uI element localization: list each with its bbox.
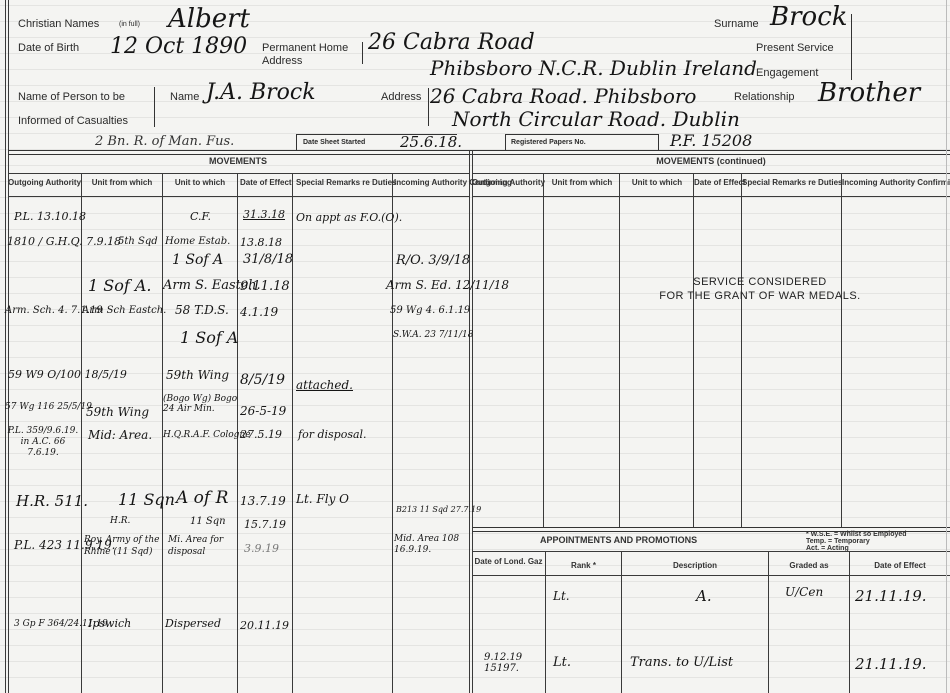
center-divider <box>469 150 470 693</box>
cell-to: H.Q.R.A.F. Cologne <box>163 430 251 440</box>
cell-remarks: for disposal. <box>298 428 367 441</box>
legend-temp: Temp. = Temporary <box>806 538 907 545</box>
cell-to: Mi. Area for disposal <box>168 534 238 558</box>
cell-date: 21.11.19. <box>855 655 927 673</box>
cell-to: Dispersed <box>165 617 221 630</box>
cell-date: 27.5.19 <box>240 428 282 441</box>
left-border <box>5 0 6 693</box>
permanent-home-label: Permanent Home <box>262 42 348 54</box>
rank-abbreviations-legend: * W.S.E. = Whilst so Employed Temp. = Te… <box>806 531 907 552</box>
column-divider <box>768 551 769 693</box>
cell-date: 3.9.19 <box>244 542 279 555</box>
cell-incoming: 59 Wg 4. 6.1.19 <box>390 305 470 316</box>
cell-from: Mid: Area. <box>88 428 152 442</box>
date-of-birth-value: 12 Oct 1890 <box>110 34 247 59</box>
cell-outgoing: 59 W9 O/100 18/5/19 <box>8 368 127 381</box>
christian-names-value: Albert <box>168 4 250 34</box>
cell-from: H.R. <box>110 516 130 526</box>
date-of-birth-label: Date of Birth <box>18 42 79 54</box>
col-date-of-effect: Date of Effect <box>850 561 950 570</box>
brace <box>851 14 852 80</box>
cell-from: 1 Sof A. <box>88 276 152 295</box>
col-graded-as: Graded as <box>769 561 849 570</box>
col-special-remarks: Special Remarks re Duties <box>742 178 841 187</box>
cell-outgoing: P.L. 359/9.6.19. in A.C. 66 7.6.19. <box>5 426 81 459</box>
cell-to: (Bogo Wg) Bogo 24 Air Min. <box>163 394 238 414</box>
col-date-of-effect: Date of Effect <box>240 178 290 187</box>
col-special-remarks: Special Remarks re Duties <box>296 178 390 187</box>
stamp-line-2: FOR THE GRANT OF WAR MEDALS. <box>640 289 880 303</box>
nok-address-line1: 26 Cabra Road. Phibsboro <box>430 84 696 108</box>
cell-incoming: S.W.A. 23 7/11/18 <box>393 330 473 340</box>
cell-to: 1 Sof A <box>172 252 223 268</box>
nok-address-label: Address <box>381 91 421 103</box>
cell-date: 31/8/18 <box>243 252 293 267</box>
cell-incoming: Mid. Area 108 16.9.19. <box>394 534 470 556</box>
cell-date: 8/5/19 <box>240 372 285 388</box>
margin-note: 2 Bn. R. of Man. Fus. <box>95 134 234 149</box>
surname-value: Brock <box>770 2 848 32</box>
brace <box>153 87 155 127</box>
nok-address-line2: North Circular Road. Dublin <box>452 107 740 131</box>
permanent-home-address-label: Address <box>262 55 302 67</box>
page-edge <box>946 0 947 693</box>
col-unit-to: Unit to which <box>166 178 234 187</box>
cell-date: 13.7.19 <box>240 494 286 508</box>
col-date-lond-gaz: Date of Lond. Gaz <box>472 557 545 566</box>
column-divider <box>392 173 393 693</box>
left-border-inner <box>8 0 9 693</box>
present-service-label: Present Service <box>756 42 834 54</box>
legend-wse: * W.S.E. = Whilst so Employed <box>806 531 907 538</box>
christian-names-note: (in full) <box>119 21 140 28</box>
service-record-sheet: Christian Names (in full) Albert Surname… <box>0 0 950 693</box>
cell-incoming: R/O. 3/9/18 <box>396 253 470 268</box>
cell-incoming: B213 11 Sqd 27.7.19 <box>396 505 481 514</box>
column-divider <box>849 551 850 693</box>
cell-to: C.F. <box>190 210 211 223</box>
cell-date: 20.11.19 <box>240 619 289 632</box>
registered-papers-label: Registered Papers No. <box>511 139 586 146</box>
date-sheet-started-label: Date Sheet Started <box>303 139 365 146</box>
nok-name-label: Name <box>170 91 199 103</box>
cell-to: A of R <box>176 488 228 508</box>
col-unit-from: Unit from which <box>545 178 619 187</box>
next-of-kin-label-1: Name of Person to be <box>18 91 125 103</box>
relationship-label: Relationship <box>734 91 795 103</box>
column-divider <box>545 551 546 693</box>
nok-name-value: J.A. Brock <box>206 80 316 105</box>
next-of-kin-label-2: Informed of Casualties <box>18 115 128 127</box>
column-divider <box>81 173 82 693</box>
col-outgoing-authority: Outgoing Authority <box>472 178 543 187</box>
cell-outgoing: P.L. 13.10.18 <box>14 210 86 223</box>
cell-to: 11 Sqn <box>190 516 226 527</box>
date-sheet-started-value: 25.6.18. <box>400 133 462 151</box>
col-incoming-authority: Incoming Authority Confirming <box>394 178 469 187</box>
christian-names-label: Christian Names <box>18 18 99 30</box>
permanent-home-line1: 26 Cabra Road <box>368 30 535 55</box>
cell-from: 5th Sqd <box>118 236 158 247</box>
surname-label: Surname <box>714 18 759 30</box>
cell-description: A. <box>696 587 712 605</box>
cell-outgoing: H.R. 511. <box>16 492 88 510</box>
appointments-title: APPOINTMENTS AND PROMOTIONS <box>540 536 697 545</box>
cell-date: 4.1.19 <box>240 305 278 319</box>
col-rank: Rank * <box>546 561 621 570</box>
cell-date: 15.7.19 <box>244 518 286 531</box>
cell-incoming: Arm S. Ed. 12/11/18 <box>386 278 509 292</box>
column-divider <box>292 173 293 693</box>
movements-title: MOVEMENTS <box>8 157 468 166</box>
cell-date: 26-5-19 <box>240 404 286 418</box>
column-divider <box>741 173 742 528</box>
movements-continued-title: MOVEMENTS (continued) <box>472 157 950 166</box>
center-divider-inner <box>472 150 473 693</box>
column-divider <box>621 551 622 693</box>
cell-outgoing: 57 Wg 116 25/5/19 <box>5 402 92 412</box>
rule <box>472 575 950 576</box>
rule <box>8 173 470 174</box>
cell-date: 31.3.18 <box>243 208 285 221</box>
cell-remarks: attached. <box>296 378 353 392</box>
cell-outgoing: 1810 / G.H.Q. 7.9.18 <box>7 235 121 248</box>
cell-to: Home Estab. <box>165 236 230 247</box>
header-divider <box>8 150 950 155</box>
cell-to: 1 Sof A <box>180 328 238 347</box>
rule <box>472 551 950 552</box>
col-date-of-effect: Date of Effect <box>694 178 741 187</box>
column-divider <box>841 173 842 528</box>
cell-remarks: Lt. Fly O <box>296 492 349 506</box>
cell-date: 9.11.18 <box>240 279 290 294</box>
cell-graded: U/Cen <box>785 585 823 599</box>
brace <box>362 42 363 64</box>
relationship-value: Brother <box>818 78 920 108</box>
cell-remarks: On appt as F.O.(O). <box>296 211 402 224</box>
cell-rank: Lt. <box>553 589 570 603</box>
cell-from: 11 Sqn <box>118 490 175 509</box>
col-unit-to: Unit to which <box>621 178 693 187</box>
cell-gazette: 9.12.19 15197. <box>484 652 524 674</box>
cell-date: 13.8.18 <box>240 236 282 249</box>
cell-date: 21.11.19. <box>855 587 927 605</box>
cell-description: Trans. to U/List <box>630 655 733 670</box>
stamp-line-1: SERVICE CONSIDERED <box>640 275 880 289</box>
permanent-home-line2: Phibsboro N.C.R. Dublin Ireland <box>430 56 757 80</box>
cell-from: Arm Sch Eastch. <box>82 305 166 316</box>
cell-to: 58 T.D.S. <box>175 303 229 317</box>
col-outgoing-authority: Outgoing Authority <box>8 178 81 187</box>
cell-from: 59th Wing <box>86 405 149 419</box>
cell-from: Ipswich <box>88 617 131 630</box>
registered-papers-value: P.F. 15208 <box>670 131 752 150</box>
col-incoming-authority: Incoming Authority Confirming <box>842 178 948 187</box>
column-divider <box>693 173 694 528</box>
cell-from: Roy. Army of the Rhine (11 Sqd) <box>84 534 164 558</box>
cell-rank: Lt. <box>553 655 571 670</box>
cell-to: 59th Wing <box>166 368 229 382</box>
col-description: Description <box>622 561 768 570</box>
rule <box>8 196 470 197</box>
column-divider <box>619 173 620 528</box>
brace <box>428 88 429 126</box>
col-unit-from: Unit from which <box>85 178 159 187</box>
war-medals-stamp: SERVICE CONSIDERED FOR THE GRANT OF WAR … <box>640 275 880 303</box>
column-divider <box>543 173 544 528</box>
engagement-label: Engagement <box>756 67 818 79</box>
